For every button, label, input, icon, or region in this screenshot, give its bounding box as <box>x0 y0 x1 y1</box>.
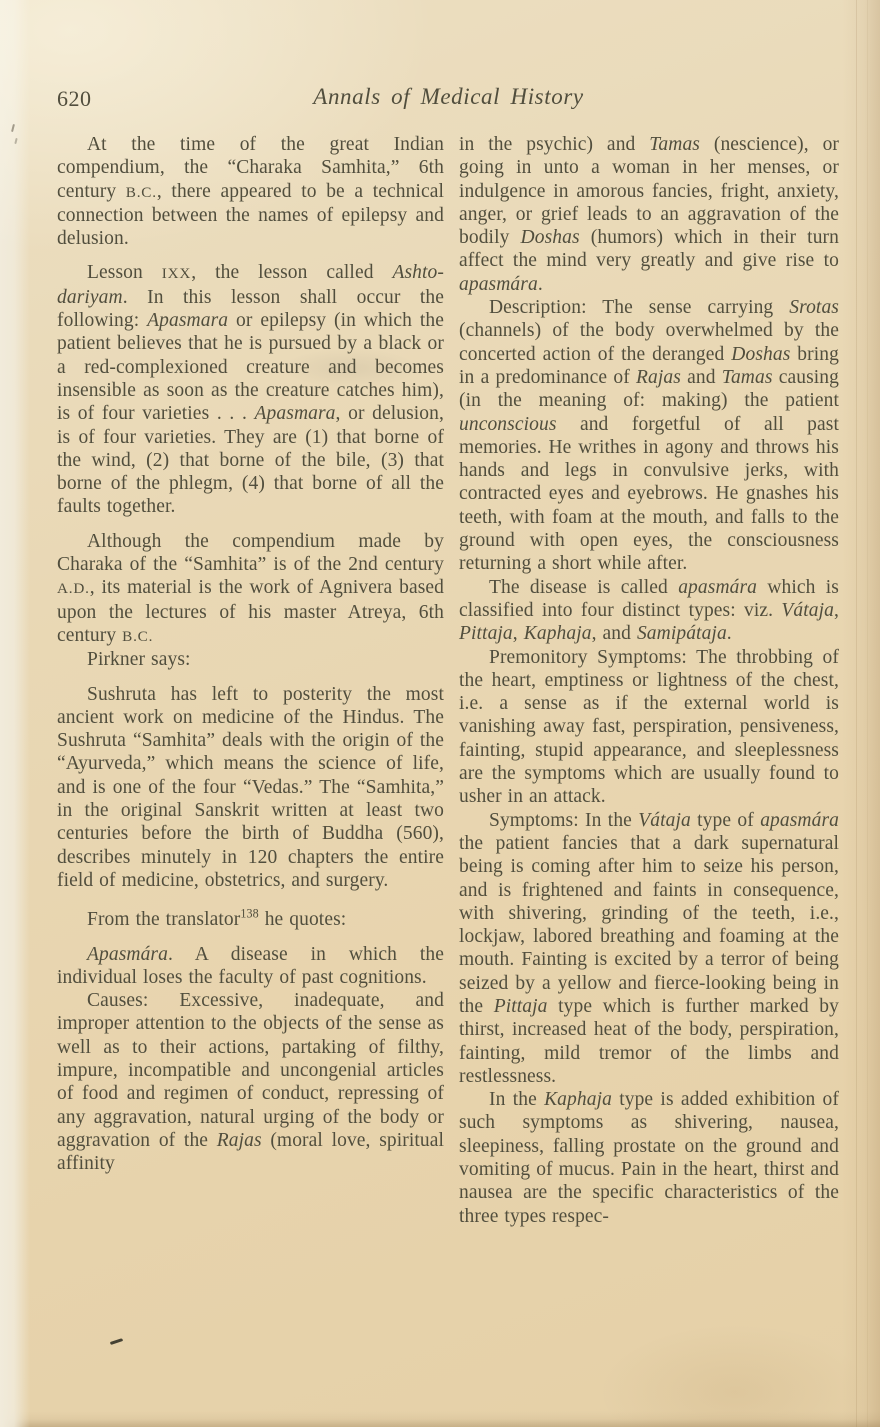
pen-mark <box>110 1338 123 1345</box>
text-run: , its material is the work of Agnivera b… <box>57 577 444 646</box>
text-run: Premonitory Symptoms: The throbbing of t… <box>459 647 839 808</box>
italic-run: Rajas <box>636 367 681 388</box>
paragraph: From the translator138 he quotes: <box>57 908 444 931</box>
text-run: Although the compendium made by Charaka … <box>57 531 444 575</box>
column-left: At the time of the great Indian compendi… <box>57 133 444 1175</box>
text-run: the patient fancies that a dark supernat… <box>459 833 839 1017</box>
paragraph: Pirkner says: <box>57 648 444 671</box>
footnote-ref: 138 <box>240 907 258 921</box>
italic-run: Pittaja <box>494 996 548 1017</box>
italic-run: Doshas <box>521 227 580 248</box>
italic-run: Kaphaja <box>524 623 592 644</box>
paragraph: Premonitory Symptoms: The throbbing of t… <box>459 646 839 809</box>
margin-mark <box>11 124 15 132</box>
text-run: From the translator <box>87 909 240 930</box>
paragraph: Although the compendium made by Charaka … <box>57 530 444 648</box>
running-title: Annals of Medical History <box>57 84 840 110</box>
italic-run: Doshas <box>731 344 790 365</box>
paragraph: Symptoms: In the Vátaja type of apasmára… <box>459 809 839 1089</box>
text-run: Description: The sense carrying <box>489 297 789 318</box>
text-run: Causes: Excessive, inadequate, and impro… <box>57 990 444 1151</box>
italic-run: Apasmára <box>87 944 168 965</box>
scanned-book-page: 620 Annals of Medical History At the tim… <box>0 0 880 1427</box>
text-run: In the <box>489 1089 544 1110</box>
smallcaps-run: IXX <box>162 265 191 282</box>
text-run: Symptoms: In the <box>489 810 638 831</box>
italic-run: Kaphaja <box>544 1089 612 1110</box>
text-run: Pirkner says: <box>87 649 191 670</box>
italic-run: Apasmara <box>147 310 228 331</box>
italic-run: Srotas <box>789 297 839 318</box>
paragraph: The disease is called apasmára which is … <box>459 576 839 646</box>
text-run: , <box>834 600 839 621</box>
column-right: in the psychic) and Tamas (nescience), o… <box>459 133 839 1228</box>
paragraph: Apasmára. A disease in which the individ… <box>57 943 444 990</box>
text-run: in the psychic) and <box>459 134 649 155</box>
text-run: Sushruta has left to posterity the most … <box>57 684 444 891</box>
paragraph: in the psychic) and Tamas (nescience), o… <box>459 133 839 296</box>
italic-run: apasmára <box>760 810 839 831</box>
paragraph: In the Kaphaja type is added exhibition … <box>459 1088 839 1228</box>
text-run: . <box>727 623 732 644</box>
paragraph: Sushruta has left to posterity the most … <box>57 683 444 893</box>
italic-run: Vátaja <box>638 810 691 831</box>
margin-mark <box>14 138 17 144</box>
italic-run: apasmára <box>678 577 757 598</box>
text-run: . <box>538 274 543 295</box>
paragraph: At the time of the great Indian compendi… <box>57 133 444 250</box>
text-run: and <box>681 367 722 388</box>
text-run: and forgetful of all past memories. He w… <box>459 414 839 575</box>
text-run: type of <box>691 810 760 831</box>
italic-run: Tamas <box>649 134 700 155</box>
page-edge-crease <box>867 0 868 1427</box>
page-edge-crease <box>856 0 857 1427</box>
italic-run: Rajas <box>217 1130 262 1151</box>
italic-run: Vátaja <box>781 600 834 621</box>
paragraph: Description: The sense carrying Srotas (… <box>459 296 839 576</box>
italic-run: Pittaja <box>459 623 513 644</box>
text-run: , and <box>592 623 637 644</box>
text-run: , <box>513 623 524 644</box>
italic-run: Samipátaja <box>637 623 727 644</box>
text-run: Lesson <box>87 262 162 283</box>
text-run: The disease is called <box>489 577 678 598</box>
text-run: he quotes: <box>259 909 347 930</box>
paragraph: Lesson IXX, the lesson called Ashto-dari… <box>57 261 444 518</box>
smallcaps-run: B.C. <box>126 184 157 201</box>
italic-run: Apasmara <box>255 403 336 424</box>
italic-run: apasmára <box>459 274 538 295</box>
smallcaps-run: B.C. <box>122 628 153 645</box>
smallcaps-run: A.D. <box>57 580 90 597</box>
italic-run: Tamas <box>722 367 773 388</box>
italic-run: unconscious <box>459 414 557 435</box>
paragraph: Causes: Excessive, inadequate, and impro… <box>57 989 444 1175</box>
text-run: , the lesson called <box>191 262 392 283</box>
